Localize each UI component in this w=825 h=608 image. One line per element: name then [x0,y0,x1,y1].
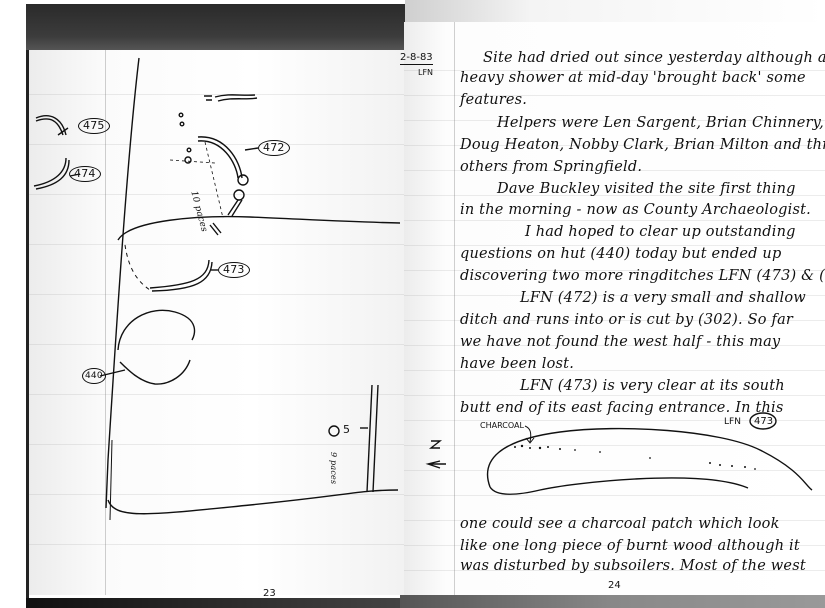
text-line: ditch and runs into or is cut by (302). … [460,312,793,328]
text-line: Dave Buckley visited the site first thin… [497,181,796,197]
site-code: LFN [418,68,433,77]
text-line: in the morning - now as County Archaeolo… [460,202,811,218]
feature-label-475: 475 [78,118,110,134]
feature-label-440: 440 [82,368,106,384]
text-line: Doug Heaton, Nobby Clark, Brian Milton a… [460,137,825,153]
measurement-nine-paces: 9 paces [329,452,338,484]
binding-shadow-bottom-left [26,598,406,608]
sketch-feature-number: 473 [754,416,773,427]
text-line: LFN (472) is a very small and shallow [520,290,806,306]
text-line: was disturbed by subsoilers. Most of the… [460,558,806,574]
text-line: heavy shower at mid-day 'brought back' s… [460,70,806,86]
text-line: others from Springfield. [460,159,642,175]
text-line: features. [460,92,527,108]
text-line: one could see a charcoal patch which loo… [460,516,780,532]
text-line: Site had dried out since yesterday altho… [483,50,825,66]
sketch-label-charcoal: CHARCOAL [480,421,524,430]
binding-shadow-bottom-right [400,595,825,608]
feature-label-472: 472 [258,140,290,156]
text-line: Helpers were Len Sargent, Brian Chinnery… [497,115,824,131]
text-line: have been lost. [460,356,574,372]
text-line: we have not found the west half - this m… [460,334,780,350]
page-number-right: 24 [608,580,621,591]
text-line: butt end of its east facing entrance. In… [460,400,784,416]
entry-date: 2-8-83 [400,52,433,65]
sketch-label-lfn: LFN [724,417,741,427]
text-line: LFN (473) is very clear at its south [520,378,785,394]
feature-label-474: 474 [69,166,101,182]
feature-label-473: 473 [218,262,250,278]
text-line: I had hoped to clear up outstanding [525,224,796,240]
text-line: discovering two more ringditches LFN (47… [460,268,825,284]
feature-label-5: 5 [343,423,350,436]
text-line: questions on hut (440) today but ended u… [460,246,781,262]
text-line: like one long piece of burnt wood althou… [460,538,800,554]
